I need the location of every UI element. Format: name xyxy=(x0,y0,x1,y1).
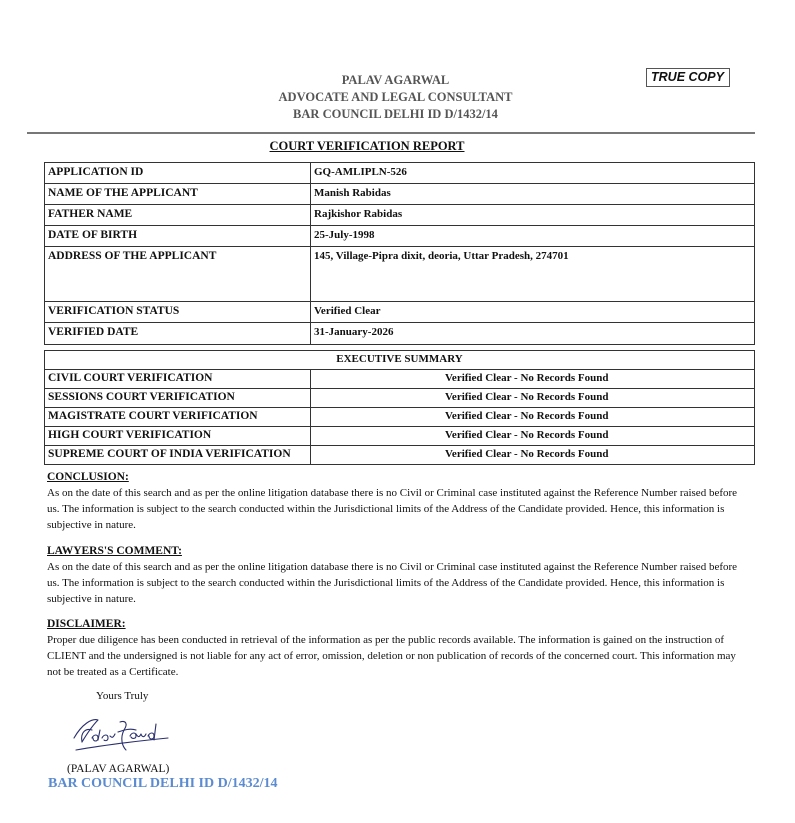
row-label: ADDRESS OF THE APPLICANT xyxy=(45,247,311,302)
signer-name: (PALAV AGARWAL) xyxy=(67,763,169,775)
executive-summary-heading: EXECUTIVE SUMMARY xyxy=(45,351,755,370)
table-row: SUPREME COURT OF INDIA VERIFICATION Veri… xyxy=(45,446,755,465)
table-row: FATHER NAME Rajkishor Rabidas xyxy=(45,205,755,226)
report-title: COURT VERIFICATION REPORT xyxy=(0,139,734,154)
signature-image xyxy=(68,710,178,760)
true-copy-stamp: TRUE COPY xyxy=(646,68,730,87)
row-label: DATE OF BIRTH xyxy=(45,226,311,247)
row-value: 31-January-2026 xyxy=(311,323,755,345)
row-value: Verified Clear - No Records Found xyxy=(311,408,755,427)
conclusion-section: CONCLUSION: As on the date of this searc… xyxy=(47,469,747,533)
table-row: VERIFICATION STATUS Verified Clear xyxy=(45,302,755,323)
row-value: Verified Clear - No Records Found xyxy=(311,427,755,446)
row-value: Verified Clear - No Records Found xyxy=(311,370,755,389)
applicant-details-table: APPLICATION ID GQ-AMLIPLN-526 NAME OF TH… xyxy=(44,162,755,345)
row-value: Rajkishor Rabidas xyxy=(311,205,755,226)
executive-summary-table: EXECUTIVE SUMMARY CIVIL COURT VERIFICATI… xyxy=(44,350,755,465)
table-header-row: EXECUTIVE SUMMARY xyxy=(45,351,755,370)
row-value: 145, Village-Pipra dixit, deoria, Uttar … xyxy=(311,247,755,302)
row-label: HIGH COURT VERIFICATION xyxy=(45,427,311,446)
table-row: CIVIL COURT VERIFICATION Verified Clear … xyxy=(45,370,755,389)
lawyers-comment-section: LAWYERS'S COMMENT: As on the date of thi… xyxy=(47,543,747,607)
lawyers-comment-text: As on the date of this search and as per… xyxy=(47,559,747,607)
disclaimer-section: DISCLAIMER: Proper due diligence has bee… xyxy=(47,616,747,680)
conclusion-text: As on the date of this search and as per… xyxy=(47,485,747,533)
row-label: SUPREME COURT OF INDIA VERIFICATION xyxy=(45,446,311,465)
lawyer-title: ADVOCATE AND LEGAL CONSULTANT xyxy=(0,89,793,106)
table-row: APPLICATION ID GQ-AMLIPLN-526 xyxy=(45,163,755,184)
closing-salutation: Yours Truly xyxy=(96,690,148,702)
row-value: 25-July-1998 xyxy=(311,226,755,247)
footer-bar-council-id: BAR COUNCIL DELHI ID D/1432/14 xyxy=(48,776,277,792)
row-label: CIVIL COURT VERIFICATION xyxy=(45,370,311,389)
table-row: VERIFIED DATE 31-January-2026 xyxy=(45,323,755,345)
header-divider xyxy=(27,132,755,134)
lawyers-comment-title: LAWYERS'S COMMENT: xyxy=(47,543,747,559)
conclusion-title: CONCLUSION: xyxy=(47,469,747,485)
row-label: MAGISTRATE COURT VERIFICATION xyxy=(45,408,311,427)
table-row: NAME OF THE APPLICANT Manish Rabidas xyxy=(45,184,755,205)
table-row: ADDRESS OF THE APPLICANT 145, Village-Pi… xyxy=(45,247,755,302)
row-label: APPLICATION ID xyxy=(45,163,311,184)
table-row: MAGISTRATE COURT VERIFICATION Verified C… xyxy=(45,408,755,427)
table-row: HIGH COURT VERIFICATION Verified Clear -… xyxy=(45,427,755,446)
row-label: VERIFIED DATE xyxy=(45,323,311,345)
disclaimer-text: Proper due diligence has been conducted … xyxy=(47,632,747,680)
row-label: FATHER NAME xyxy=(45,205,311,226)
row-label: VERIFICATION STATUS xyxy=(45,302,311,323)
lawyer-bar-id: BAR COUNCIL DELHI ID D/1432/14 xyxy=(0,106,793,123)
table-row: DATE OF BIRTH 25-July-1998 xyxy=(45,226,755,247)
row-label: NAME OF THE APPLICANT xyxy=(45,184,311,205)
table-row: SESSIONS COURT VERIFICATION Verified Cle… xyxy=(45,389,755,408)
row-value: GQ-AMLIPLN-526 xyxy=(311,163,755,184)
row-value: Verified Clear - No Records Found xyxy=(311,389,755,408)
row-value: Verified Clear xyxy=(311,302,755,323)
row-value: Manish Rabidas xyxy=(311,184,755,205)
disclaimer-title: DISCLAIMER: xyxy=(47,616,747,632)
row-label: SESSIONS COURT VERIFICATION xyxy=(45,389,311,408)
row-value: Verified Clear - No Records Found xyxy=(311,446,755,465)
